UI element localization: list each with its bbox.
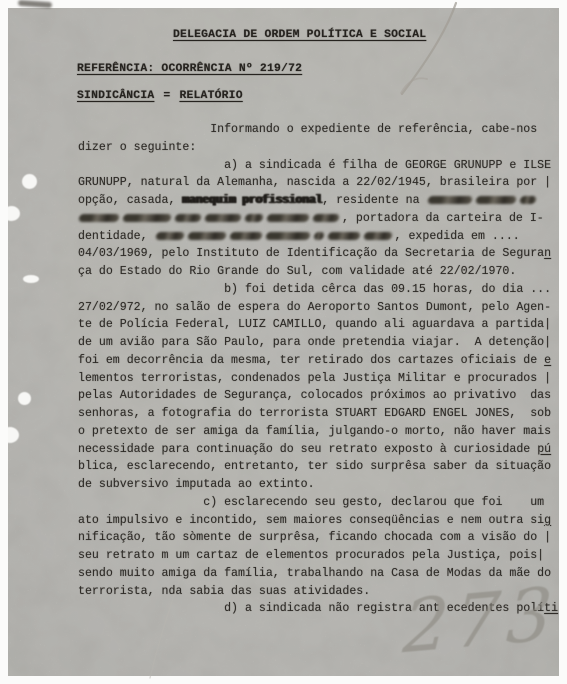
body-line: c) esclarecendo seu gesto, declarou que … [78,494,559,512]
redaction-smudge [204,214,241,222]
redaction-smudge [313,232,324,240]
redaction-smudge [122,214,171,222]
subject-line: SINDICÂNCIA=RELATÓRIO [77,90,243,102]
subject-equals: = [163,90,170,102]
overstruck-text: manequim profissional [182,194,322,207]
body-line: dentidade, , expedida em .... [78,228,559,246]
redaction-smudge [312,214,339,222]
document-body: Informando o expediente de referência, c… [78,121,559,618]
reference-line: REFERÊNCIA: OCORRÊNCIA Nº 219/72 [77,63,302,75]
body-line: necessidade para continuação do seu retr… [78,441,559,459]
punch-hole [8,206,20,221]
redaction-smudge [187,232,226,240]
punch-hole [22,174,37,189]
body-line: b) foi detida cêrca das 09.15 horas, do … [78,281,559,299]
redaction-smudge [475,196,516,204]
page-title: DELEGACIA DE ORDEM POLÍTICA E SOCIAL [173,29,426,41]
redaction-smudge [427,196,472,204]
redaction-smudge [244,214,263,222]
body-line: 27/02/972, no salão de espera do Aeropor… [78,299,559,317]
body-line: GRUNUPP, natural da Alemanha, nascida a … [78,174,559,192]
subject-relatorio: RELATÓRIO [179,90,242,102]
punch-hole [23,275,39,283]
paper: DELEGACIA DE ORDEM POLÍTICA E SOCIAL REF… [8,8,559,676]
body-line: nificação, tão sòmente de surprêsa, fica… [78,529,559,547]
punch-hole [8,427,19,443]
redaction-smudge [363,232,392,240]
redaction-smudge [265,232,310,240]
body-line: pelas Autoridades de Segurança, colocado… [78,387,559,405]
body-line: seu retrato m um cartaz de elementos pro… [78,547,559,565]
scan-edge-smudge [18,0,52,8]
body-line: opção, casada, manequim profissional, re… [78,192,559,210]
redaction-smudge [229,232,262,240]
scanned-page: DELEGACIA DE ORDEM POLÍTICA E SOCIAL REF… [0,0,567,684]
body-line: ato impulsivo e incontido, sem maiores c… [78,512,559,530]
body-line: te de Polícia Federal, LUIZ CAMILLO, qua… [78,316,559,334]
redaction-smudge [78,214,119,222]
body-line: a) a sindicada é filha de GEORGE GRUNUPP… [78,157,559,175]
body-line: de um avião para São Paulo, para onde pr… [78,334,559,352]
redaction-smudge [519,196,536,204]
redaction-smudge [327,232,360,240]
body-line: blica, esclarecendo, entretanto, ter sid… [78,458,559,476]
body-line: o pretexto de ser amiga da família, julg… [78,423,559,441]
body-line: foi em decorrência da mesma, ter retirad… [78,352,559,370]
handwritten-page-number: 273 [401,570,567,669]
subject-sindicancia: SINDICÂNCIA [77,90,154,102]
body-line: senhoras, a fotografia do terrorista STU… [78,405,559,423]
punch-hole [18,392,31,405]
body-line: dizer o seguinte: [78,139,559,157]
redaction-smudge [266,214,309,222]
body-line: , portadora da carteira de I- [78,210,559,228]
body-line: 04/03/1969, pelo Instituto de Identifica… [78,245,559,263]
body-line: de subversivo imputada ao extinto. [78,476,559,494]
redaction-smudge [155,232,184,240]
redaction-smudge [174,214,201,222]
body-line: Informando o expediente de referência, c… [78,121,559,139]
body-line: ça do Estado do Rio Grande do Sul, com v… [78,263,559,281]
body-line: lementos terroristas, condenados pela Ju… [78,370,559,388]
